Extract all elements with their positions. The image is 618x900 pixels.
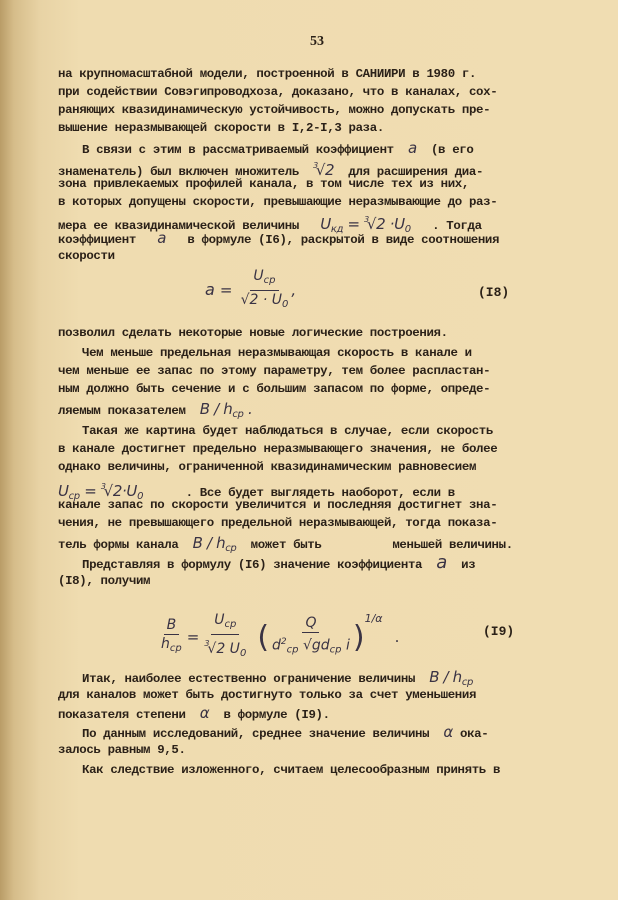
subscript: ср	[225, 619, 237, 630]
subscript: 0	[240, 648, 246, 659]
shape-ratio: B / hср	[193, 534, 237, 552]
document-page: 53 на крупномасштабной модели, построенн…	[0, 0, 618, 900]
text-fragment: Представляя в формулу (I6) значение коэф…	[82, 558, 422, 572]
exponent: 1/α	[365, 612, 383, 625]
text-line: коэффициент a в формуле (I6), раскрытой …	[58, 230, 499, 248]
text-fragment: (в его	[431, 143, 474, 157]
numerator: Q	[302, 615, 319, 633]
subscript: ср	[287, 645, 299, 656]
text-line: Чем меньше предельная неразмывающая скор…	[82, 345, 472, 361]
period: .	[248, 400, 252, 418]
denominator-expr: √2 · U	[241, 292, 282, 308]
denominator: d2ср √gdср i	[269, 633, 353, 659]
fraction-velocity: Uср 3√2 U0	[201, 612, 249, 662]
numerator: B	[164, 617, 180, 635]
text-fragment: Итак, наиболее естественно ограничение в…	[82, 672, 415, 686]
text-line: чения, не превышающего предельной неразм…	[58, 515, 497, 531]
shape-ratio: B / hср	[429, 668, 473, 686]
equation-19: B hср = Uср 3√2 U0 ( Q d2ср √gdср i ) 1/…	[158, 612, 399, 662]
equation-number-18: (I8)	[478, 285, 509, 300]
text-line: при содействии Совэгипроводхоза, доказан…	[58, 84, 497, 100]
alpha-symbol: α	[443, 723, 453, 741]
text-fragment: тель формы канала	[58, 538, 178, 552]
root-symbol: √gd	[303, 638, 330, 654]
subscript: 0	[282, 299, 288, 310]
text-line: ляемым показателем B / hср .	[58, 401, 252, 423]
comma: ,	[291, 281, 296, 299]
denominator: hср	[158, 635, 185, 657]
text-fragment: показателя степени	[58, 708, 186, 722]
symbol: i	[346, 638, 350, 654]
subscript: ср	[225, 543, 236, 554]
text-line: ным должно быть сечение и с большим запа…	[58, 381, 490, 397]
right-paren: )	[353, 620, 365, 655]
denominator: 3√2 U0	[201, 635, 249, 662]
text-fragment: в формуле (I9).	[223, 708, 329, 722]
fraction-lhs: B hср	[158, 617, 185, 657]
text-fragment: из	[461, 558, 475, 572]
equation-lhs: a	[205, 280, 215, 299]
subscript: ср	[232, 409, 243, 420]
coefficient-a: a	[436, 552, 447, 573]
text-line: чем меньше ее запас по этому параметру, …	[58, 363, 490, 379]
text-line: зона привлекаемых профилей канала, в том…	[58, 176, 469, 192]
text-fragment: может быть	[251, 538, 322, 552]
text-line: вышение неразмывающей скорости в I,2-I,3…	[58, 120, 384, 136]
coefficient-a: a	[408, 139, 417, 157]
text-line: в которых допущены скорости, превышающие…	[58, 194, 497, 210]
equation-18: a = Uср √2 · U0 ,	[205, 268, 296, 313]
text-fragment: меньшей величины.	[392, 538, 512, 552]
numerator: Uср	[250, 268, 278, 291]
text-line: скорости	[58, 248, 115, 264]
coefficient-a: a	[157, 229, 166, 247]
subscript: ср	[264, 275, 276, 286]
numerator: Uср	[211, 612, 239, 635]
text-line: для каналов может быть достигнуто только…	[58, 687, 476, 703]
equals-sign: =	[187, 628, 200, 646]
fraction-discharge: Q d2ср √gdср i	[269, 615, 353, 659]
text-line: В связи с этим в рассматриваемый коэффиц…	[82, 140, 473, 158]
left-paren: (	[257, 620, 269, 655]
text-line: раняющих квазидинамическую устойчивость,…	[58, 102, 490, 118]
alpha-symbol: α	[200, 704, 210, 722]
ratio-symbol: B / h	[200, 400, 233, 418]
text-fragment: ляемым показателем	[58, 404, 186, 418]
ratio-symbol: B / h	[193, 534, 226, 552]
denominator: √2 · U0	[238, 291, 292, 313]
ratio-symbol: B / h	[429, 668, 462, 686]
text-fragment: в формуле (I6), раскрытой в виде соотнош…	[187, 233, 499, 247]
shape-ratio: B / hср .	[200, 400, 253, 418]
text-line: показателя степени α в формуле (I9).	[58, 705, 330, 723]
text-line: Такая же картина будет наблюдаться в слу…	[82, 423, 493, 439]
page-number: 53	[8, 34, 618, 50]
symbol: h	[161, 636, 170, 652]
text-line: По данным исследований, среднее значение…	[82, 724, 488, 742]
text-line: Представляя в формулу (I6) значение коэф…	[82, 555, 475, 573]
text-line: позволил сделать некоторые новые логичес…	[58, 325, 448, 341]
symbol: √2 U	[207, 641, 240, 657]
text-line: однако величины, ограниченной квазидинам…	[58, 459, 476, 475]
period: .	[395, 628, 400, 646]
text-line: залось равным 9,5.	[58, 742, 186, 758]
text-line: Как следствие изложенного, считаем целес…	[82, 762, 500, 778]
velocity-symbol: U	[253, 268, 263, 284]
subscript: ср	[170, 643, 182, 654]
fraction: Uср √2 · U0	[238, 268, 292, 313]
text-line: на крупномасштабной модели, построенной …	[58, 66, 476, 82]
text-fragment: коэффициент	[58, 233, 136, 247]
subscript: ср	[330, 645, 342, 656]
text-line: канале запас по скорости увеличится и по…	[58, 497, 497, 513]
text-fragment: В связи с этим в рассматриваемый коэффиц…	[82, 143, 394, 157]
text-line: в канале достигнет предельно неразмывающ…	[58, 441, 497, 457]
symbol: U	[214, 612, 224, 628]
text-fragment: ока-	[460, 727, 488, 741]
text-line: (I8), получим	[58, 573, 150, 589]
equals-sign: =	[220, 281, 233, 299]
text-fragment: По данным исследований, среднее значение…	[82, 727, 429, 741]
equation-number-19: (I9)	[483, 624, 514, 639]
symbol: d	[272, 638, 281, 654]
